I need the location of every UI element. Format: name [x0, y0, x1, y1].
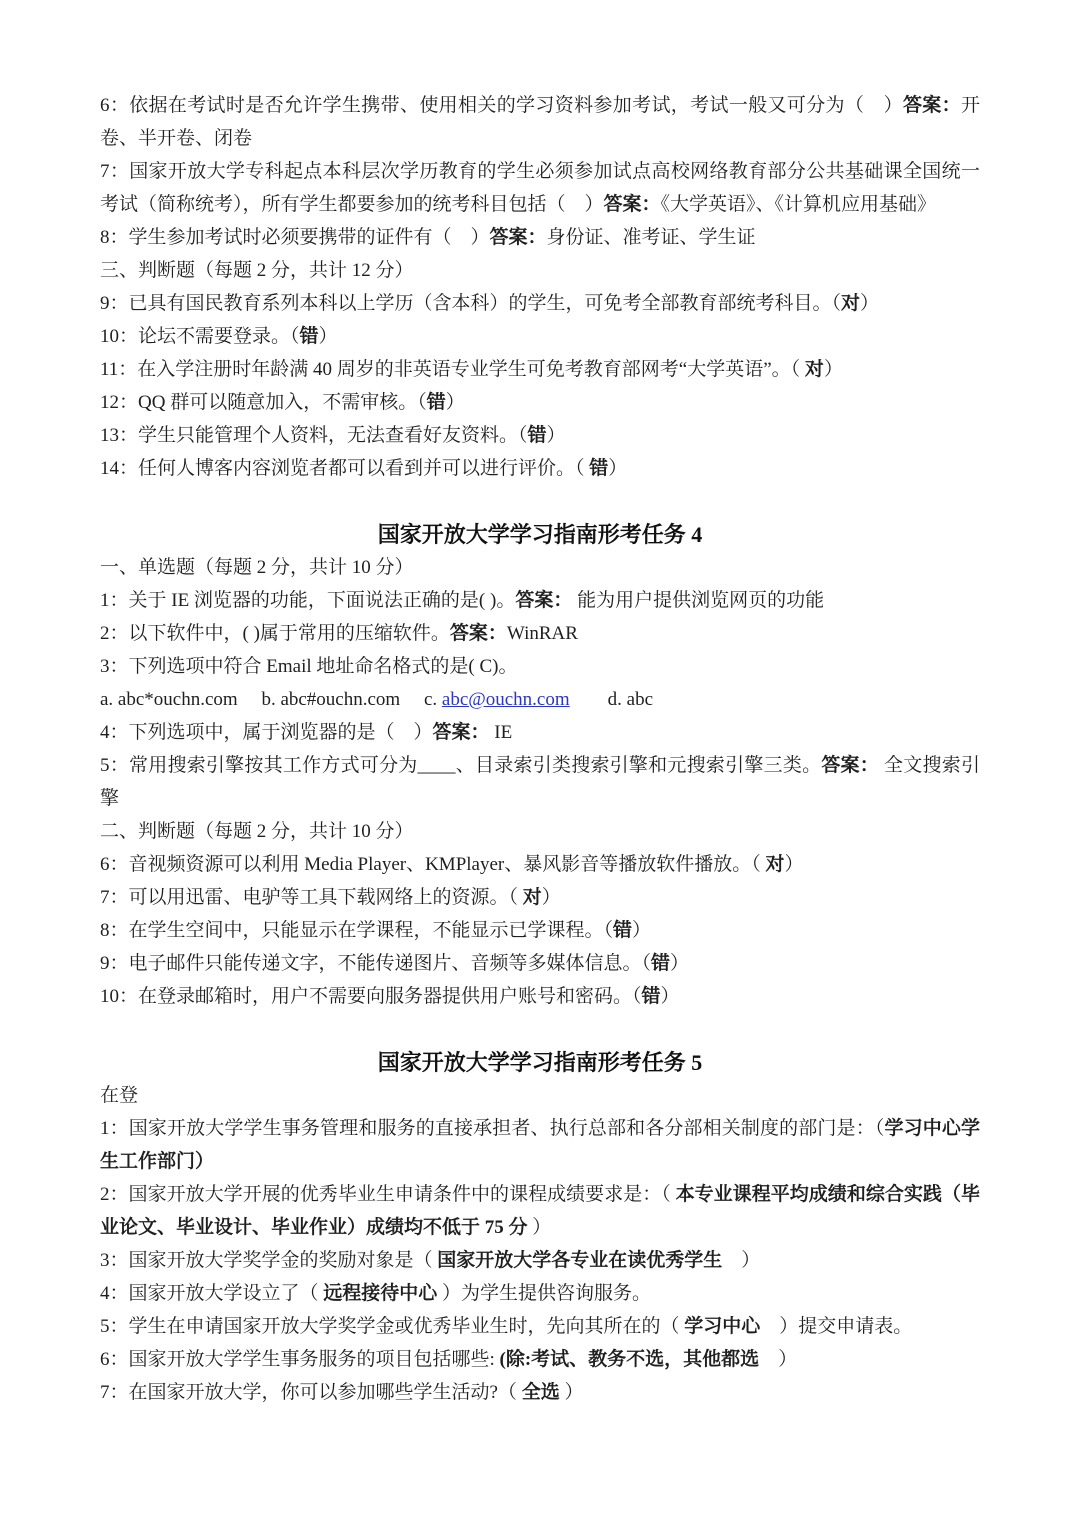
text-line: 7：在国家开放大学，你可以参加哪些学生活动?（ 全选 ） — [100, 1376, 980, 1409]
text-line: 卷、半开卷、闭卷 — [100, 122, 980, 155]
answer-bold-text: 学习中心学 — [884, 1118, 980, 1139]
body-text: 8：在学生空间中，只能显示在学课程，不能显示已学课程。（ — [100, 920, 613, 941]
body-text: ） — [528, 1217, 552, 1238]
text-line: 一、单选题（每题 2 分，共计 10 分） — [100, 551, 980, 584]
text-line: 5：学生在申请国家开放大学奖学金或优秀毕业生时，先向其所在的（ 学习中心 ）提交… — [100, 1310, 980, 1343]
answer-bold-text: 业论文、毕业设计、毕业作业）成绩均不低于 75 分 — [100, 1217, 528, 1238]
answer-bold-text: 对 — [765, 854, 784, 875]
text-line: 6：音视频资源可以利用 Media Player、KMPlayer、暴风影音等播… — [100, 848, 980, 881]
body-text: 10：论坛不需要登录。（ — [100, 326, 300, 347]
answer-bold-text: 对 — [805, 359, 824, 380]
text-line: a. abc*ouchn.com b. abc#ouchn.com c. abc… — [100, 683, 980, 716]
document-page: 6：依据在考试时是否允许学生携带、使用相关的学习资料参加考试，考试一般又可分为（… — [0, 0, 1080, 1527]
body-text: 在登 — [100, 1085, 138, 1106]
body-text: 7：在国家开放大学，你可以参加哪些学生活动?（ — [100, 1382, 522, 1403]
body-text: 2：以下软件中，( )属于常用的压缩软件。 — [100, 623, 450, 644]
answer-bold-text: (除:考试、教务不选，其他都选 — [500, 1349, 760, 1370]
text-line: 6：依据在考试时是否允许学生携带、使用相关的学习资料参加考试，考试一般又可分为（… — [100, 89, 980, 122]
body-text: ） — [759, 1349, 797, 1370]
text-line: 7：可以用迅雷、电驴等工具下载网络上的资源。（ 对） — [100, 881, 980, 914]
body-text: ） — [785, 854, 804, 875]
text-line: 8：学生参加考试时必须要携带的证件有（ ）答案：身份证、准考证、学生证 — [100, 221, 980, 254]
body-text: d. abc — [570, 689, 653, 710]
body-text: ） — [560, 1382, 584, 1403]
body-text: 6：音视频资源可以利用 Media Player、KMPlayer、暴风影音等播… — [100, 854, 765, 875]
body-text: 1：关于 IE 浏览器的功能，下面说法正确的是( )。 — [100, 590, 515, 611]
body-text: ） — [860, 293, 879, 314]
section-2: 国家开放大学学习指南形考任务 4一、单选题（每题 2 分，共计 10 分）1：关… — [100, 485, 980, 1013]
text-line: 1：关于 IE 浏览器的功能，下面说法正确的是( )。答案： 能为用户提供浏览网… — [100, 584, 980, 617]
answer-bold-text: 答案： — [903, 95, 961, 116]
text-line: 10：在登录邮箱时，用户不需要向服务器提供用户账号和密码。（错） — [100, 980, 980, 1013]
text-line: 2：以下软件中，( )属于常用的压缩软件。答案：WinRAR — [100, 617, 980, 650]
answer-bold-text: 错 — [300, 326, 319, 347]
body-text: IE — [490, 722, 513, 743]
text-line: 4：国家开放大学设立了（ 远程接待中心 ）为学生提供咨询服务。 — [100, 1277, 980, 1310]
body-text: 二、判断题（每题 2 分，共计 10 分） — [100, 821, 414, 842]
body-text: 13：学生只能管理个人资料，无法查看好友资料。（ — [100, 425, 528, 446]
body-text: 5：学生在申请国家开放大学奖学金或优秀毕业生时，先向其所在的（ — [100, 1316, 684, 1337]
body-text: 考试（简称统考），所有学生都要参加的统考科目包括（ ） — [100, 194, 604, 215]
text-line: 3：下列选项中符合 Email 地址命名格式的是( C)。 — [100, 650, 980, 683]
answer-bold-text: 本专业课程平均成绩和综合实践（毕 — [676, 1184, 980, 1205]
body-text: 擎 — [100, 788, 119, 809]
body-text: 身份证、准考证、学生证 — [547, 227, 756, 248]
body-text: 5：常用搜索引擎按其工作方式可分为____、目录索引类搜索引擎和元搜索引擎三类。 — [100, 755, 821, 776]
body-text: 7：国家开放大学专科起点本科层次学历教育的学生必须参加试点高校网络教育部分公共基… — [100, 161, 980, 182]
section-heading: 国家开放大学学习指南形考任务 5 — [100, 1046, 980, 1079]
body-text: 2：国家开放大学开展的优秀毕业生申请条件中的课程成绩要求是：（ — [100, 1184, 676, 1205]
answer-bold-text: 生工作部门） — [100, 1151, 214, 1172]
answer-bold-text: 答案： — [515, 590, 572, 611]
email-link[interactable]: abc@ouchn.com — [442, 689, 570, 710]
body-text: ） — [661, 986, 680, 1007]
answer-bold-text: 对 — [841, 293, 860, 314]
text-line: 13：学生只能管理个人资料，无法查看好友资料。（错） — [100, 419, 980, 452]
body-text: 3：下列选项中符合 Email 地址命名格式的是( C)。 — [100, 656, 517, 677]
text-line: 12：QQ 群可以随意加入，不需审核。（错） — [100, 386, 980, 419]
answer-bold-text: 远程接待中心 — [323, 1283, 437, 1304]
body-text: ） — [319, 326, 338, 347]
text-line: 8：在学生空间中，只能显示在学课程，不能显示已学课程。（错） — [100, 914, 980, 947]
text-line: 7：国家开放大学专科起点本科层次学历教育的学生必须参加试点高校网络教育部分公共基… — [100, 155, 980, 188]
text-line: 9：电子邮件只能传递文字，不能传递图片、音频等多媒体信息。（错） — [100, 947, 980, 980]
answer-bold-text: 全选 — [522, 1382, 560, 1403]
text-line: 三、判断题（每题 2 分，共计 12 分） — [100, 254, 980, 287]
body-text: 6：国家开放大学学生事务服务的项目包括哪些: — [100, 1349, 500, 1370]
body-text: 12：QQ 群可以随意加入，不需审核。（ — [100, 392, 427, 413]
body-text: ） — [542, 887, 561, 908]
body-text: 三、判断题（每题 2 分，共计 12 分） — [100, 260, 414, 281]
body-text: 3：国家开放大学奖学金的奖励对象是（ — [100, 1250, 437, 1271]
answer-bold-text: 错 — [642, 986, 661, 1007]
answer-bold-text: 答案： — [490, 227, 547, 248]
answer-bold-text: 答案： — [821, 755, 879, 776]
body-text: ） — [722, 1250, 760, 1271]
body-text: 开 — [961, 95, 980, 116]
body-text: 11：在入学注册时年龄满 40 周岁的非英语专业学生可免考教育部网考“大学英语”… — [100, 359, 805, 380]
text-line: 考试（简称统考），所有学生都要参加的统考科目包括（ ）答案：《大学英语》、《计算… — [100, 188, 980, 221]
section-1: 6：依据在考试时是否允许学生携带、使用相关的学习资料参加考试，考试一般又可分为（… — [100, 89, 980, 485]
answer-bold-text: 答案： — [450, 623, 507, 644]
answer-bold-text: 对 — [523, 887, 542, 908]
body-text: 7：可以用迅雷、电驴等工具下载网络上的资源。（ — [100, 887, 523, 908]
answer-bold-text: 错 — [613, 920, 632, 941]
body-text: 6：依据在考试时是否允许学生携带、使用相关的学习资料参加考试，考试一般又可分为（… — [100, 95, 903, 116]
body-text: 卷、半开卷、闭卷 — [100, 128, 252, 149]
body-text: 4：国家开放大学设立了（ — [100, 1283, 323, 1304]
text-line: 擎 — [100, 782, 980, 815]
body-text: ） — [824, 359, 843, 380]
answer-bold-text: 错 — [589, 458, 608, 479]
text-line: 11：在入学注册时年龄满 40 周岁的非英语专业学生可免考教育部网考“大学英语”… — [100, 353, 980, 386]
answer-bold-text: 错 — [651, 953, 670, 974]
body-text: 能为用户提供浏览网页的功能 — [572, 590, 824, 611]
text-line: 生工作部门） — [100, 1145, 980, 1178]
text-line: 3：国家开放大学奖学金的奖励对象是（ 国家开放大学各专业在读优秀学生 ） — [100, 1244, 980, 1277]
body-text: 《大学英语》、《计算机应用基础》 — [661, 194, 937, 215]
text-line: 2：国家开放大学开展的优秀毕业生申请条件中的课程成绩要求是：（ 本专业课程平均成… — [100, 1178, 980, 1211]
answer-bold-text: 国家开放大学各专业在读优秀学生 — [437, 1250, 722, 1271]
text-line: 10：论坛不需要登录。（错） — [100, 320, 980, 353]
text-line: 4：下列选项中，属于浏览器的是（ ）答案： IE — [100, 716, 980, 749]
text-line: 5：常用搜索引擎按其工作方式可分为____、目录索引类搜索引擎和元搜索引擎三类。… — [100, 749, 980, 782]
body-text: 一、单选题（每题 2 分，共计 10 分） — [100, 557, 414, 578]
body-text: 全文搜索引 — [879, 755, 980, 776]
body-text: ） — [446, 392, 465, 413]
body-text: ） — [632, 920, 651, 941]
answer-bold-text: 学习中心 — [684, 1316, 760, 1337]
text-line: 业论文、毕业设计、毕业作业）成绩均不低于 75 分 ） — [100, 1211, 980, 1244]
body-text: ）为学生提供咨询服务。 — [437, 1283, 651, 1304]
answer-bold-text: 错 — [427, 392, 446, 413]
body-text: 14：任何人博客内容浏览者都可以看到并可以进行评价。（ — [100, 458, 589, 479]
body-text: 10：在登录邮箱时，用户不需要向服务器提供用户账号和密码。（ — [100, 986, 642, 1007]
body-text: 9：电子邮件只能传递文字，不能传递图片、音频等多媒体信息。（ — [100, 953, 651, 974]
text-line: 9：已具有国民教育系列本科以上学历（含本科）的学生，可免考全部教育部统考科目。（… — [100, 287, 980, 320]
section-heading: 国家开放大学学习指南形考任务 4 — [100, 518, 980, 551]
body-text: ） — [547, 425, 566, 446]
section-gap — [100, 1013, 980, 1046]
answer-bold-text: 错 — [528, 425, 547, 446]
body-text: 8：学生参加考试时必须要携带的证件有（ ） — [100, 227, 490, 248]
body-text: 4：下列选项中，属于浏览器的是（ ） — [100, 722, 433, 743]
body-text: ） — [670, 953, 689, 974]
answer-bold-text: 答案： — [604, 194, 661, 215]
body-text: 9：已具有国民教育系列本科以上学历（含本科）的学生，可免考全部教育部统考科目。（ — [100, 293, 841, 314]
body-text: ）提交申请表。 — [760, 1316, 912, 1337]
text-line: 6：国家开放大学学生事务服务的项目包括哪些: (除:考试、教务不选，其他都选 ） — [100, 1343, 980, 1376]
body-text: a. abc*ouchn.com b. abc#ouchn.com c. — [100, 689, 442, 710]
body-text: WinRAR — [507, 623, 578, 644]
text-line: 二、判断题（每题 2 分，共计 10 分） — [100, 815, 980, 848]
text-line: 1：国家开放大学学生事务管理和服务的直接承担者、执行总部和各分部相关制度的部门是… — [100, 1112, 980, 1145]
section-3: 国家开放大学学习指南形考任务 5在登1：国家开放大学学生事务管理和服务的直接承担… — [100, 1013, 980, 1409]
body-text: ） — [608, 458, 627, 479]
text-line: 14：任何人博客内容浏览者都可以看到并可以进行评价。（ 错） — [100, 452, 980, 485]
section-gap — [100, 485, 980, 518]
body-text: 1：国家开放大学学生事务管理和服务的直接承担者、执行总部和各分部相关制度的部门是… — [100, 1118, 884, 1139]
text-line: 在登 — [100, 1079, 980, 1112]
answer-bold-text: 答案： — [433, 722, 490, 743]
